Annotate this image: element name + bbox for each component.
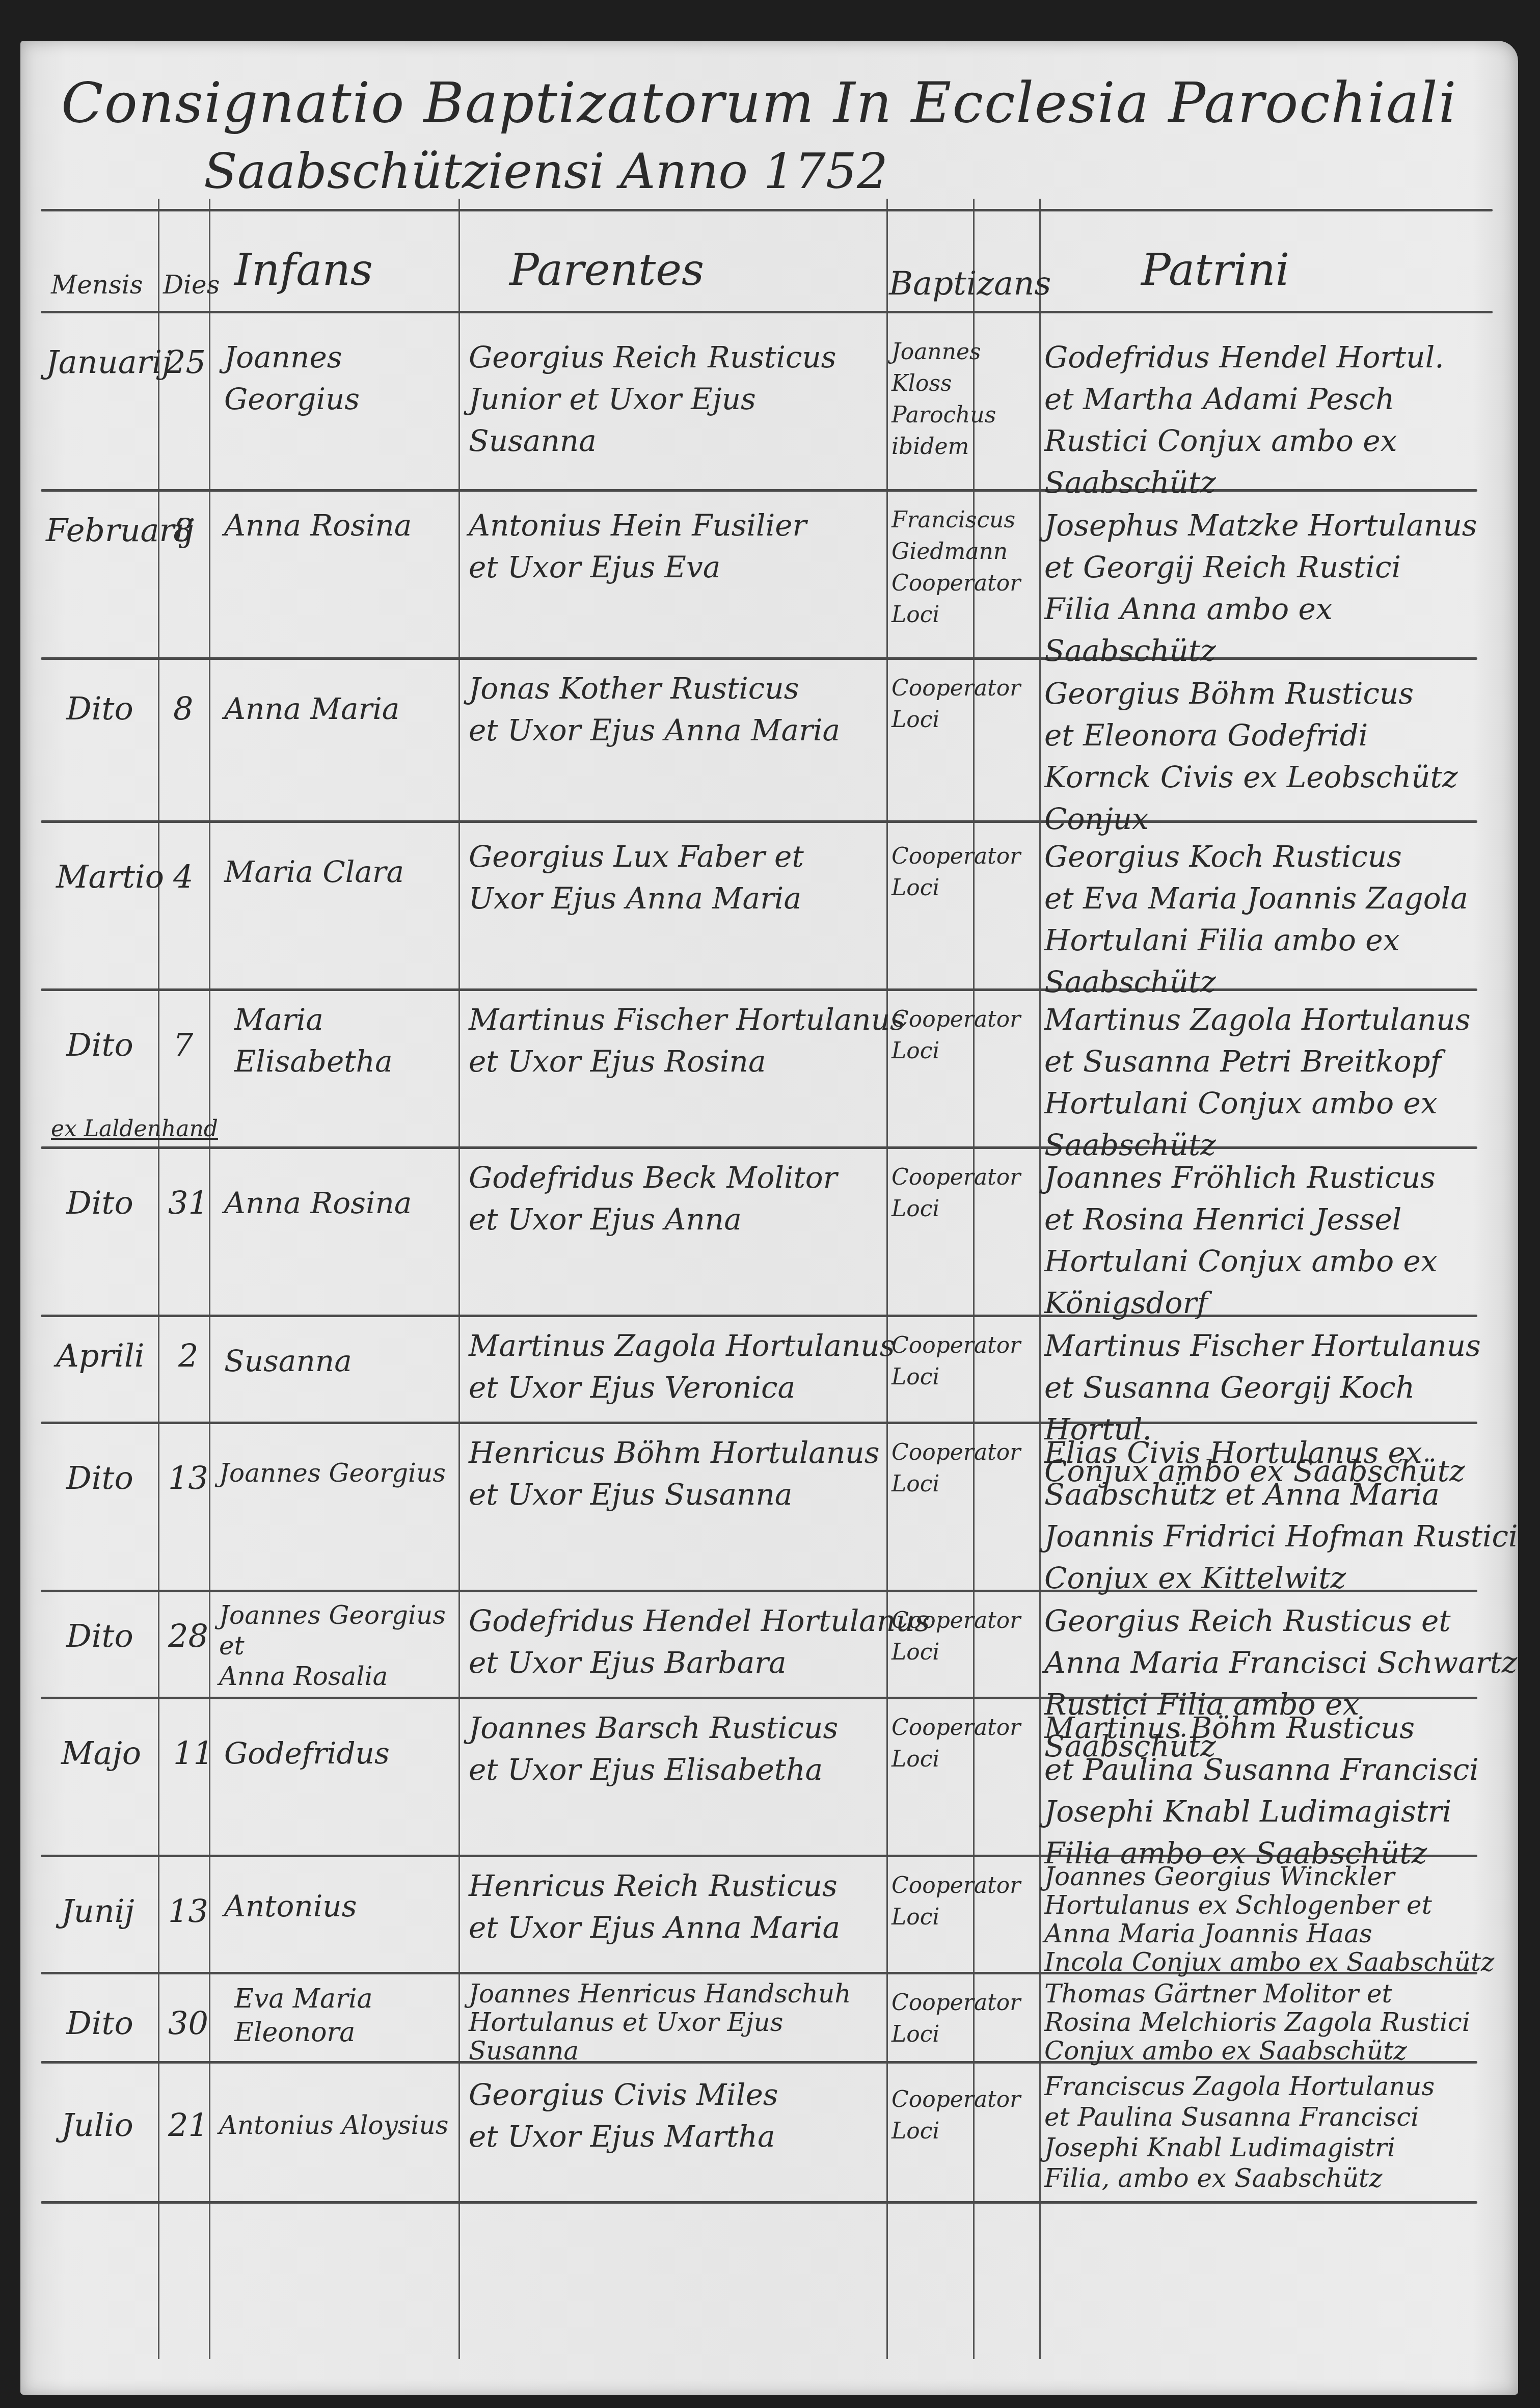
entry-day: 4 xyxy=(173,856,193,898)
entry-godparents: Godefridus Hendel Hortul. et Martha Adam… xyxy=(1044,336,1444,503)
entry-parents: Henricus Reich Rusticus et Uxor Ejus Ann… xyxy=(469,1865,840,1948)
entry-month: Dito xyxy=(66,2002,133,2044)
entry-day: 31 xyxy=(168,1182,208,1224)
entry-month: Januarij xyxy=(46,341,172,383)
entry-day: 8 xyxy=(173,510,193,551)
entry-infant: Joannes Georgius xyxy=(219,1452,446,1494)
entry-baptizer: Cooperator Loci xyxy=(891,1987,1020,2050)
header-infans: Infans xyxy=(234,245,373,296)
entry-godparents: Joannes Georgius Winckler Hortulanus ex … xyxy=(1044,1862,1494,1976)
header-parentes: Parentes xyxy=(509,245,704,296)
entry-infant: Joannes Georgius et Anna Rosalia xyxy=(219,1600,446,1692)
page-subtitle: Saabschütziensi Anno 1752 xyxy=(204,143,888,200)
header-rule-top xyxy=(41,209,1493,211)
entry-infant: Anna Rosina xyxy=(224,504,412,546)
entry-day: 8 xyxy=(173,688,193,730)
entry-parents: Antonius Hein Fusilier et Uxor Ejus Eva xyxy=(469,504,806,588)
entry-baptizer: Cooperator Loci xyxy=(891,1004,1020,1067)
entry-month: Dito xyxy=(66,688,133,730)
entry-parents: Henricus Böhm Hortulanus et Uxor Ejus Su… xyxy=(469,1432,879,1515)
entry-infant: Antonius xyxy=(224,1885,357,1927)
entry-godparents: Elias Civis Hortulanus ex Saabschütz et … xyxy=(1044,1432,1518,1599)
entry-month: Februarij xyxy=(46,510,194,551)
header-baptizans: Baptizans xyxy=(889,265,1051,303)
entry-baptizer: Cooperator Loci xyxy=(891,1712,1020,1775)
entry-month: Aprili xyxy=(56,1335,145,1377)
register-page: Consignatio Baptizatorum In Ecclesia Par… xyxy=(20,41,1518,2395)
entry-parents: Jonas Kother Rusticus et Uxor Ejus Anna … xyxy=(469,667,840,751)
entry-month: Dito xyxy=(66,1615,133,1657)
entry-parents: Georgius Civis Miles et Uxor Ejus Martha xyxy=(469,2074,778,2157)
entry-parents: Georgius Lux Faber et Uxor Ejus Anna Mar… xyxy=(469,836,804,919)
entry-baptizer: Cooperator Loci xyxy=(891,1605,1020,1668)
entry-parents: Joannes Barsch Rusticus et Uxor Ejus Eli… xyxy=(469,1707,838,1790)
entry-godparents: Josephus Matzke Hortulanus et Georgij Re… xyxy=(1044,504,1477,672)
margin-note: ex Laldenhand xyxy=(51,1116,218,1142)
entry-infant: Antonius Aloysius xyxy=(219,2104,448,2146)
entry-month: Dito xyxy=(66,1457,133,1499)
entry-infant: Maria Clara xyxy=(224,851,404,893)
header-rule-bottom xyxy=(41,311,1493,313)
entry-baptizer: Franciscus Giedmann Cooperator Loci xyxy=(891,504,1020,631)
entry-godparents: Thomas Gärtner Molitor et Rosina Melchio… xyxy=(1044,1979,1470,2065)
entry-parents: Joannes Henricus Handschuh Hortulanus et… xyxy=(469,1979,851,2065)
entry-godparents: Georgius Böhm Rusticus et Eleonora Godef… xyxy=(1044,673,1457,840)
entry-day: 28 xyxy=(168,1615,208,1657)
entry-infant: Eva Maria Eleonora xyxy=(234,1982,373,2049)
entry-baptizer: Joannes Kloss Parochus ibidem xyxy=(891,336,996,463)
entry-day: 13 xyxy=(168,1457,208,1499)
column-divider xyxy=(886,199,888,2359)
entry-baptizer: Cooperator Loci xyxy=(891,1870,1020,1933)
column-divider xyxy=(1039,199,1041,2359)
entry-infant: Maria Elisabetha xyxy=(234,999,392,1082)
header-patrini: Patrini xyxy=(1141,245,1289,296)
entry-godparents: Georgius Koch Rusticus et Eva Maria Joan… xyxy=(1044,836,1468,1003)
entry-baptizer: Cooperator Loci xyxy=(891,1437,1020,1500)
column-divider xyxy=(209,199,210,2359)
entry-day: 7 xyxy=(173,1024,193,1066)
entry-baptizer: Cooperator Loci xyxy=(891,1330,1020,1393)
entry-baptizer: Cooperator Loci xyxy=(891,673,1020,736)
entry-month: Dito xyxy=(66,1182,133,1224)
row-rule xyxy=(41,2201,1477,2204)
entry-day: 11 xyxy=(173,1732,213,1774)
entry-infant: Anna Maria xyxy=(224,688,399,730)
column-divider xyxy=(458,199,460,2359)
entry-baptizer: Cooperator Loci xyxy=(891,841,1020,904)
page-title: Consignatio Baptizatorum In Ecclesia Par… xyxy=(61,71,1457,135)
entry-month: Junij xyxy=(61,1890,134,1932)
entry-day: 2 xyxy=(178,1335,198,1377)
entry-godparents: Martinus Böhm Rusticus et Paulina Susann… xyxy=(1044,1707,1479,1874)
entry-parents: Godefridus Beck Molitor et Uxor Ejus Ann… xyxy=(469,1157,837,1240)
entry-day: 13 xyxy=(168,1890,208,1932)
entry-infant: Godefridus xyxy=(224,1732,390,1774)
header-dies: Dies xyxy=(163,270,220,300)
entry-godparents: Franciscus Zagola Hortulanus et Paulina … xyxy=(1044,2071,1435,2193)
entry-day: 21 xyxy=(168,2104,208,2146)
entry-parents: Martinus Zagola Hortulanus et Uxor Ejus … xyxy=(469,1325,895,1408)
entry-month: Majo xyxy=(61,1732,141,1774)
entry-day: 30 xyxy=(168,2002,208,2044)
entry-baptizer: Cooperator Loci xyxy=(891,1162,1020,1225)
entry-godparents: Martinus Zagola Hortulanus et Susanna Pe… xyxy=(1044,999,1470,1166)
entry-infant: Susanna xyxy=(224,1340,352,1382)
entry-month: Dito xyxy=(66,1024,133,1066)
entry-infant: Anna Rosina xyxy=(224,1182,412,1224)
entry-parents: Godefridus Hendel Hortulanus et Uxor Eju… xyxy=(469,1600,930,1683)
entry-godparents: Joannes Fröhlich Rusticus et Rosina Henr… xyxy=(1044,1157,1438,1324)
entry-month: Martio xyxy=(56,856,164,898)
entry-month: Julio xyxy=(61,2104,133,2146)
header-mensis: Mensis xyxy=(51,270,143,300)
entry-parents: Martinus Fischer Hortulanus et Uxor Ejus… xyxy=(469,999,905,1082)
entry-baptizer: Cooperator Loci xyxy=(891,2084,1020,2147)
entry-infant: Joannes Georgius xyxy=(224,336,360,420)
entry-parents: Georgius Reich Rusticus Junior et Uxor E… xyxy=(469,336,836,462)
entry-day: 25 xyxy=(166,341,206,383)
